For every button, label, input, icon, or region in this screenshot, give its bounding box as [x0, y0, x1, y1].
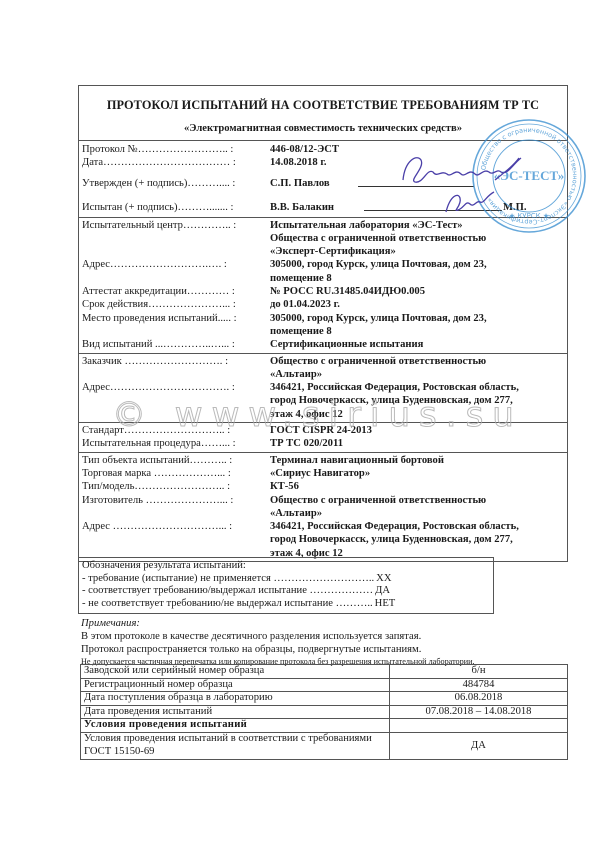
watermark-text: © www.sirius.su	[112, 395, 523, 435]
table-key: Регистрационный номер образца	[81, 678, 390, 692]
notes-block: Примечания: В этом протоколе в качестве …	[81, 617, 581, 668]
object-section: Тип объекта испытаний……….. : Терминал на…	[79, 453, 567, 561]
note-line: Протокол распространяется только на обра…	[81, 643, 581, 656]
key-line: Условия проведения испытаний в соответст…	[84, 733, 386, 746]
table-key: Условия проведения испытаний в соответст…	[81, 732, 390, 759]
table-row: Заводской или серийный номер образца б/н	[81, 665, 568, 679]
field-label: Дата……………………………… :	[82, 156, 270, 169]
field-value: «Сириус Навигатор»	[270, 467, 567, 480]
field-manufacturer: Изготовитель …………………... : Общество с огр…	[82, 494, 567, 521]
field-label: Адрес……………………….…. :	[82, 258, 270, 285]
notes-heading: Примечания:	[81, 617, 581, 630]
value-line: 346421, Российская Федерация, Ростовская…	[270, 381, 567, 394]
value-line: помещение 8	[270, 272, 567, 285]
field-validity: Срок действия…………………... : до 01.04.2023 …	[82, 298, 567, 311]
field-value: Сертификационные испытания	[270, 338, 567, 351]
legend-text: - не соответствует требованию/не выдержа…	[82, 598, 373, 611]
table-value	[390, 719, 568, 733]
sample-info-table: Заводской или серийный номер образца б/н…	[80, 664, 568, 760]
value-line: помещение 8	[270, 325, 567, 338]
field-value: В.В. Балакин	[270, 202, 358, 213]
value-line: 305000, город Курск, улица Почтовая, дом…	[270, 312, 567, 325]
field-test-location: Место проведения испытаний..... : 305000…	[82, 312, 567, 339]
legend-heading: Обозначения результата испытаний:	[82, 560, 490, 573]
table-key: Дата поступления образца в лабораторию	[81, 692, 390, 706]
field-label: Срок действия…………………... :	[82, 298, 270, 311]
table-key: Дата проведения испытаний	[81, 705, 390, 719]
field-accreditation: Аттестат аккредитации………… : № РОСС RU.31…	[82, 285, 567, 298]
legend-text: - требование (испытание) не применяется …	[82, 573, 374, 586]
table-row: Условия проведения испытаний	[81, 719, 568, 733]
field-value: № РОСС RU.31485.04ИДЮ0.005	[270, 285, 567, 298]
field-manufacturer-address: Адрес …………………………... : 346421, Российская…	[82, 520, 567, 560]
field-value: 305000, город Курск, улица Почтовая, дом…	[270, 258, 567, 285]
table-key: Условия проведения испытаний	[81, 719, 390, 733]
field-value: ТР ТС 020/2011	[270, 437, 567, 450]
field-value: Общество с ограниченной ответственностью…	[270, 494, 567, 521]
field-label: Торговая марка ………………... :	[82, 467, 270, 480]
field-value: Общество с ограниченной ответственностью…	[270, 355, 567, 382]
legend-text: - соответствует требованию/выдержал испы…	[82, 585, 373, 598]
field-test-procedure: Испытательная процедура……... : ТР ТС 020…	[82, 437, 567, 450]
table-value: б/н	[390, 665, 568, 679]
field-label: Вид испытаний ...…………..…... :	[82, 338, 270, 351]
table-row: Дата проведения испытаний 07.08.2018 – 1…	[81, 705, 568, 719]
field-value: 346421, Российская Федерация, Ростовская…	[270, 520, 567, 560]
field-label: Утвержден (+ подпись)……….... :	[82, 178, 270, 189]
value-line: Общество с ограниченной ответственностью	[270, 355, 567, 368]
protocol-page: ПРОТОКОЛ ИСПЫТАНИЙ НА СООТВЕТСТВИЕ ТРЕБО…	[0, 0, 600, 848]
value-line: «Альтаир»	[270, 368, 567, 381]
field-label: Место проведения испытаний..... :	[82, 312, 270, 339]
table-row: Регистрационный номер образца 484784	[81, 678, 568, 692]
legend-code: XX	[376, 573, 391, 586]
lab-section: Испытательный центр………….. : Испытательна…	[79, 218, 567, 354]
value-line: 305000, город Курск, улица Почтовая, дом…	[270, 258, 567, 271]
field-label: Испытательный центр………….. :	[82, 219, 270, 259]
field-lab-address: Адрес……………………….…. : 305000, город Курск,…	[82, 258, 567, 285]
legend-code: НЕТ	[375, 598, 396, 611]
field-value: КТ-56	[270, 480, 567, 493]
value-line: 346421, Российская Федерация, Ростовская…	[270, 520, 567, 533]
field-label: Тип объекта испытаний……….. :	[82, 454, 270, 467]
field-label: Протокол №…………………….. :	[82, 143, 270, 156]
legend-code: ДА	[375, 585, 390, 598]
field-object-type: Тип объекта испытаний……….. : Терминал на…	[82, 454, 567, 467]
field-test-type: Вид испытаний ...…………..…... : Сертификац…	[82, 338, 567, 351]
field-label: Тип/модель…………………….. :	[82, 480, 270, 493]
table-value: ДА	[390, 732, 568, 759]
field-label: Изготовитель …………………... :	[82, 494, 270, 521]
svg-text:★ КУРСК ★: ★ КУРСК ★	[509, 212, 549, 220]
key-line: ГОСТ 15150-69	[84, 746, 386, 759]
value-line: «Альтаир»	[270, 507, 567, 520]
value-line: «Эксперт-Сертификация»	[270, 245, 567, 258]
field-value: до 01.04.2023 г.	[270, 298, 567, 311]
field-trademark: Торговая марка ………………... : «Сириус Навиг…	[82, 467, 567, 480]
note-line: В этом протоколе в качестве десятичного …	[81, 630, 581, 643]
field-label: Испытан (+ подпись)………....... :	[82, 202, 270, 213]
signature-approver-icon	[395, 150, 530, 190]
signature-tester-icon	[440, 188, 500, 216]
table-value: 07.08.2018 – 14.08.2018	[390, 705, 568, 719]
result-legend: Обозначения результата испытаний: - треб…	[78, 557, 494, 614]
table-key: Заводской или серийный номер образца	[81, 665, 390, 679]
field-model: Тип/модель…………………….. : КТ-56	[82, 480, 567, 493]
field-customer: Заказчик ………………………. : Общество с огранич…	[82, 355, 567, 382]
field-label: Адрес …………………………... :	[82, 520, 270, 560]
value-line: Общество с ограниченной ответственностью	[270, 494, 567, 507]
field-value: С.П. Павлов	[270, 178, 358, 189]
field-value: 305000, город Курск, улица Почтовая, дом…	[270, 312, 567, 339]
field-label: Заказчик ………………………. :	[82, 355, 270, 382]
field-label: Испытательная процедура……... :	[82, 437, 270, 450]
table-row: Условия проведения испытаний в соответст…	[81, 732, 568, 759]
field-value: Терминал навигационный бортовой	[270, 454, 567, 467]
field-label: Аттестат аккредитации………… :	[82, 285, 270, 298]
legend-item: - требование (испытание) не применяется …	[82, 573, 490, 586]
legend-item: - не соответствует требованию/не выдержа…	[82, 598, 490, 611]
document-title: ПРОТОКОЛ ИСПЫТАНИЙ НА СООТВЕТСТВИЕ ТРЕБО…	[79, 98, 567, 113]
table-value: 484784	[390, 678, 568, 692]
table-row: Дата поступления образца в лабораторию 0…	[81, 692, 568, 706]
value-line: город Новочеркасск, улица Буденновская, …	[270, 533, 567, 546]
legend-item: - соответствует требованию/выдержал испы…	[82, 585, 490, 598]
table-value: 06.08.2018	[390, 692, 568, 706]
